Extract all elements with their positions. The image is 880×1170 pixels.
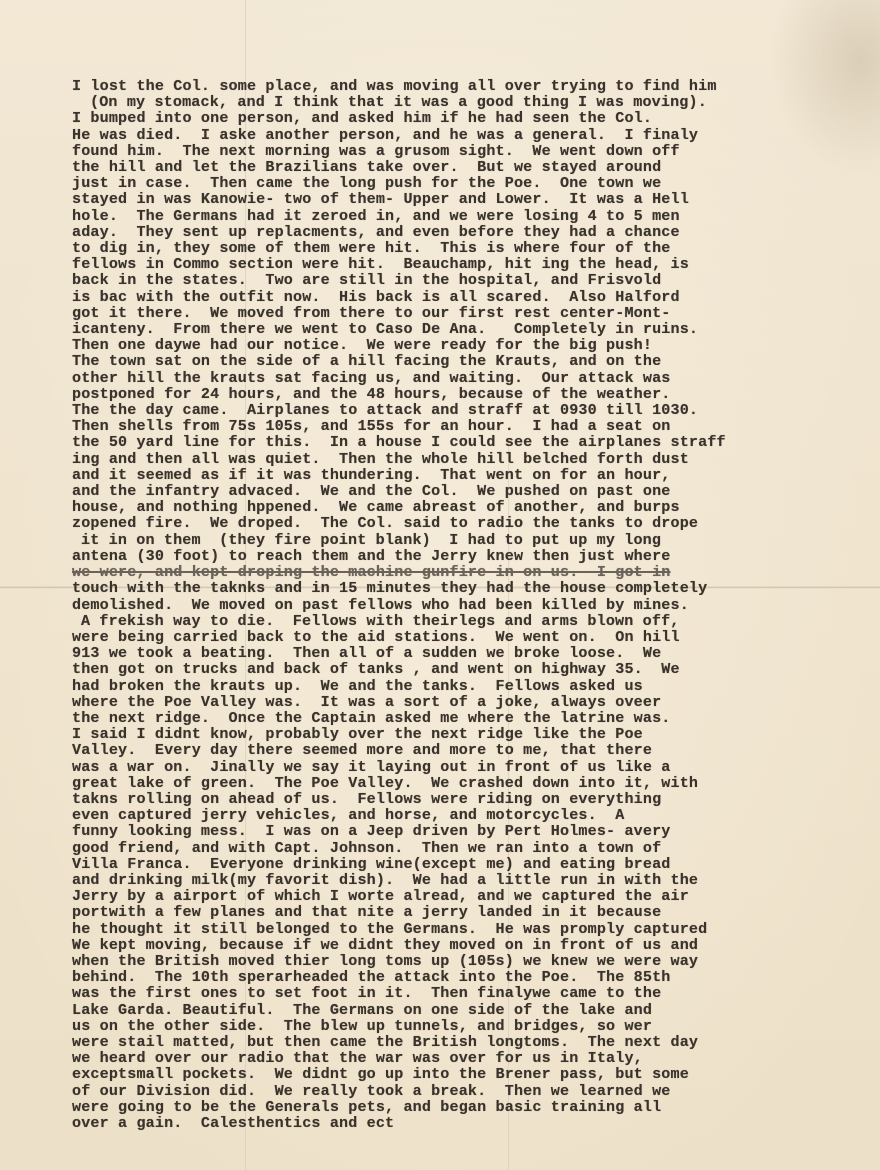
text-line: icanteny. From there we went to Caso De …	[72, 321, 792, 337]
text-line: then got on trucks and back of tanks , a…	[72, 661, 792, 677]
text-line: over a gain. Calesthentics and ect	[72, 1115, 792, 1131]
text-line: when the British moved thier long toms u…	[72, 953, 792, 969]
text-line: I lost the Col. some place, and was movi…	[72, 78, 792, 94]
text-line: it in on them (they fire point blank) I …	[72, 532, 792, 548]
text-line: We kept moving, because if we didnt they…	[72, 937, 792, 953]
paper-sheet: I lost the Col. some place, and was movi…	[0, 0, 880, 1170]
text-line: Lake Garda. Beautiful. The Germans on on…	[72, 1002, 792, 1018]
text-line: aday. They sent up replacments, and even…	[72, 224, 792, 240]
text-line: and the infantry advaced. We and the Col…	[72, 483, 792, 499]
text-line: the 50 yard line for this. In a house I …	[72, 434, 792, 450]
typewritten-letter-body: I lost the Col. some place, and was movi…	[72, 78, 792, 1131]
text-line: Villa Franca. Everyone drinking wine(exc…	[72, 856, 792, 872]
text-line: found him. The next morning was a grusom…	[72, 143, 792, 159]
text-line: we heard over our radio that the war was…	[72, 1050, 792, 1066]
text-line: funny looking mess. I was on a Jeep driv…	[72, 823, 792, 839]
text-line: was the first ones to set foot in it. Th…	[72, 985, 792, 1001]
text-line: Valley. Every day there seemed more and …	[72, 742, 792, 758]
text-line: were being carried back to the aid stati…	[72, 629, 792, 645]
text-line: stayed in was Kanowie- two of them- Uppe…	[72, 191, 792, 207]
text-line: he thought it still belonged to the Germ…	[72, 921, 792, 937]
text-line: the hill and let the Brazilians take ove…	[72, 159, 792, 175]
text-line: The town sat on the side of a hill facin…	[72, 353, 792, 369]
text-line: is bac with the outfit now. His back is …	[72, 289, 792, 305]
text-line: behind. The 10th sperarheaded the attack…	[72, 969, 792, 985]
text-line: Then shells from 75s 105s, and 155s for …	[72, 418, 792, 434]
struck-text-line: we were, and kept droping the machine gu…	[72, 564, 792, 580]
text-line: and drinking milk(my favorit dish). We h…	[72, 872, 792, 888]
text-line: had broken the krauts up. We and the tan…	[72, 678, 792, 694]
text-line: I said I didnt know, probably over the n…	[72, 726, 792, 742]
text-line: house, and nothing hppened. We came abre…	[72, 499, 792, 515]
text-line: and it seemed as if it was thundering. T…	[72, 467, 792, 483]
text-line: A frekish way to die. Fellows with their…	[72, 613, 792, 629]
text-line: portwith a few planes and that nite a je…	[72, 904, 792, 920]
text-line: back in the states. Two are still in the…	[72, 272, 792, 288]
text-line: to dig in, they some of them were hit. T…	[72, 240, 792, 256]
text-line: got it there. We moved from there to our…	[72, 305, 792, 321]
text-line: 913 we took a beating. Then all of a sud…	[72, 645, 792, 661]
text-line: demolished. We moved on past fellows who…	[72, 597, 792, 613]
text-line: antena (30 foot) to reach them and the J…	[72, 548, 792, 564]
text-line: zopened fire. We droped. The Col. said t…	[72, 515, 792, 531]
text-line: good friend, and with Capt. Johnson. The…	[72, 840, 792, 856]
text-line: He was died. I aske another person, and …	[72, 127, 792, 143]
text-line: Jerry by a airport of which I worte alre…	[72, 888, 792, 904]
text-line: hole. The Germans had it zeroed in, and …	[72, 208, 792, 224]
text-line: takns rolling on ahead of us. Fellows we…	[72, 791, 792, 807]
text-line: great lake of green. The Poe Valley. We …	[72, 775, 792, 791]
text-line: exceptsmall pockets. We didnt go up into…	[72, 1066, 792, 1082]
text-line: us on the other side. The blew up tunnel…	[72, 1018, 792, 1034]
text-line: I bumped into one person, and asked him …	[72, 110, 792, 126]
text-line: (On my stomack, and I think that it was …	[72, 94, 792, 110]
text-line: of our Division did. We really took a br…	[72, 1083, 792, 1099]
text-line: other hill the krauts sat facing us, and…	[72, 370, 792, 386]
text-line: was a war on. Jinally we say it laying o…	[72, 759, 792, 775]
text-line: where the Poe Valley was. It was a sort …	[72, 694, 792, 710]
text-line: postponed for 24 hours, and the 48 hours…	[72, 386, 792, 402]
text-line: even captured jerry vehicles, and horse,…	[72, 807, 792, 823]
text-line: were stail matted, but then came the Bri…	[72, 1034, 792, 1050]
text-line: ing and then all was quiet. Then the who…	[72, 451, 792, 467]
text-line: The the day came. Airplanes to attack an…	[72, 402, 792, 418]
text-line: just in case. Then came the long push fo…	[72, 175, 792, 191]
text-line: touch with the taknks and in 15 minutes …	[72, 580, 792, 596]
text-line: fellows in Commo section were hit. Beauc…	[72, 256, 792, 272]
text-line: Then one daywe had our notice. We were r…	[72, 337, 792, 353]
text-line: the next ridge. Once the Captain asked m…	[72, 710, 792, 726]
text-line: were going to be the Generals pets, and …	[72, 1099, 792, 1115]
